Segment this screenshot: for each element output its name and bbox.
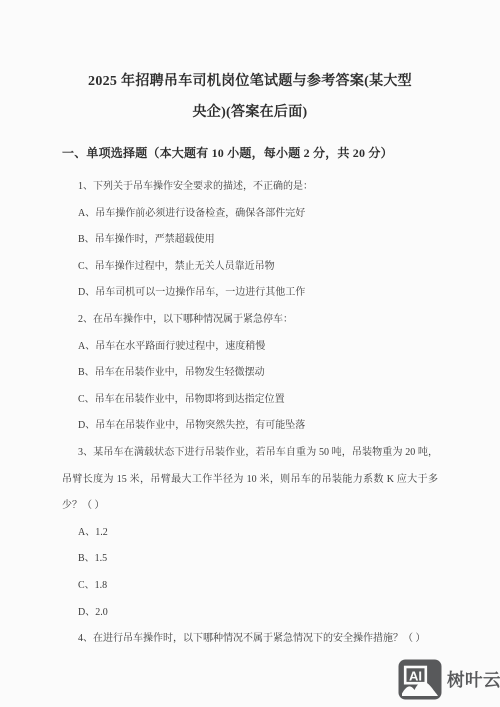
question-2-option-d: D、吊车在吊装作业中，吊物突然失控，有可能坠落: [62, 413, 438, 440]
document-title: 2025 年招聘吊车司机岗位笔试题与参考答案(某大型 央企)(答案在后面): [62, 66, 438, 128]
question-1-text: 1、下列关于吊车操作安全要求的描述，不正确的是：: [62, 174, 438, 201]
ai-image-icon: AI: [398, 659, 442, 700]
document-title-line-1: 2025 年招聘吊车司机岗位笔试题与参考答案(某大型: [62, 66, 438, 97]
question-2-option-c: C、吊车在吊装作业中，吊物即将到达指定位置: [62, 387, 438, 414]
question-3-text: 3、某吊车在满载状态下进行吊装作业，若吊车自重为 50 吨，吊装物重为 20 吨…: [62, 440, 438, 520]
document-title-line-2: 央企)(答案在后面): [62, 97, 438, 128]
section-heading: 一、单项选择题（本大题有 10 小题，每小题 2 分，共 20 分）: [62, 140, 438, 167]
question-3-option-d: D、2.0: [62, 600, 438, 627]
question-1-option-d: D、吊车司机可以一边操作吊车，一边进行其他工作: [62, 280, 438, 307]
question-4-text: 4、在进行吊车操作时，以下哪种情况不属于紧急情况下的安全操作措施？（ ）: [62, 626, 438, 653]
question-1-option-c: C、吊车操作过程中，禁止无关人员靠近吊物: [62, 254, 438, 281]
question-2-option-a: A、吊车在水平路面行驶过程中，速度稍慢: [62, 334, 438, 361]
brand-watermark: AI 树叶云: [398, 659, 500, 700]
document-page: 2025 年招聘吊车司机岗位笔试题与参考答案(某大型 央企)(答案在后面) 一、…: [0, 0, 500, 707]
question-2-option-b: B、吊车在吊装作业中，吊物发生轻微摆动: [62, 360, 438, 387]
question-3-option-b: B、1.5: [62, 546, 438, 573]
document-content: 2025 年招聘吊车司机岗位笔试题与参考答案(某大型 央企)(答案在后面) 一、…: [62, 0, 438, 653]
question-1-option-a: A、吊车操作前必须进行设备检查，确保各部件完好: [62, 201, 438, 228]
question-2-text: 2、在吊车操作中，以下哪种情况属于紧急停车：: [62, 307, 438, 334]
question-3-option-a: A、1.2: [62, 520, 438, 547]
question-list: 1、下列关于吊车操作安全要求的描述，不正确的是： A、吊车操作前必须进行设备检查…: [62, 174, 438, 653]
question-1-option-b: B、吊车操作时，严禁超载使用: [62, 227, 438, 254]
brand-name: 树叶云: [447, 667, 500, 692]
svg-text:AI: AI: [409, 668, 422, 683]
question-3-option-c: C、1.8: [62, 573, 438, 600]
